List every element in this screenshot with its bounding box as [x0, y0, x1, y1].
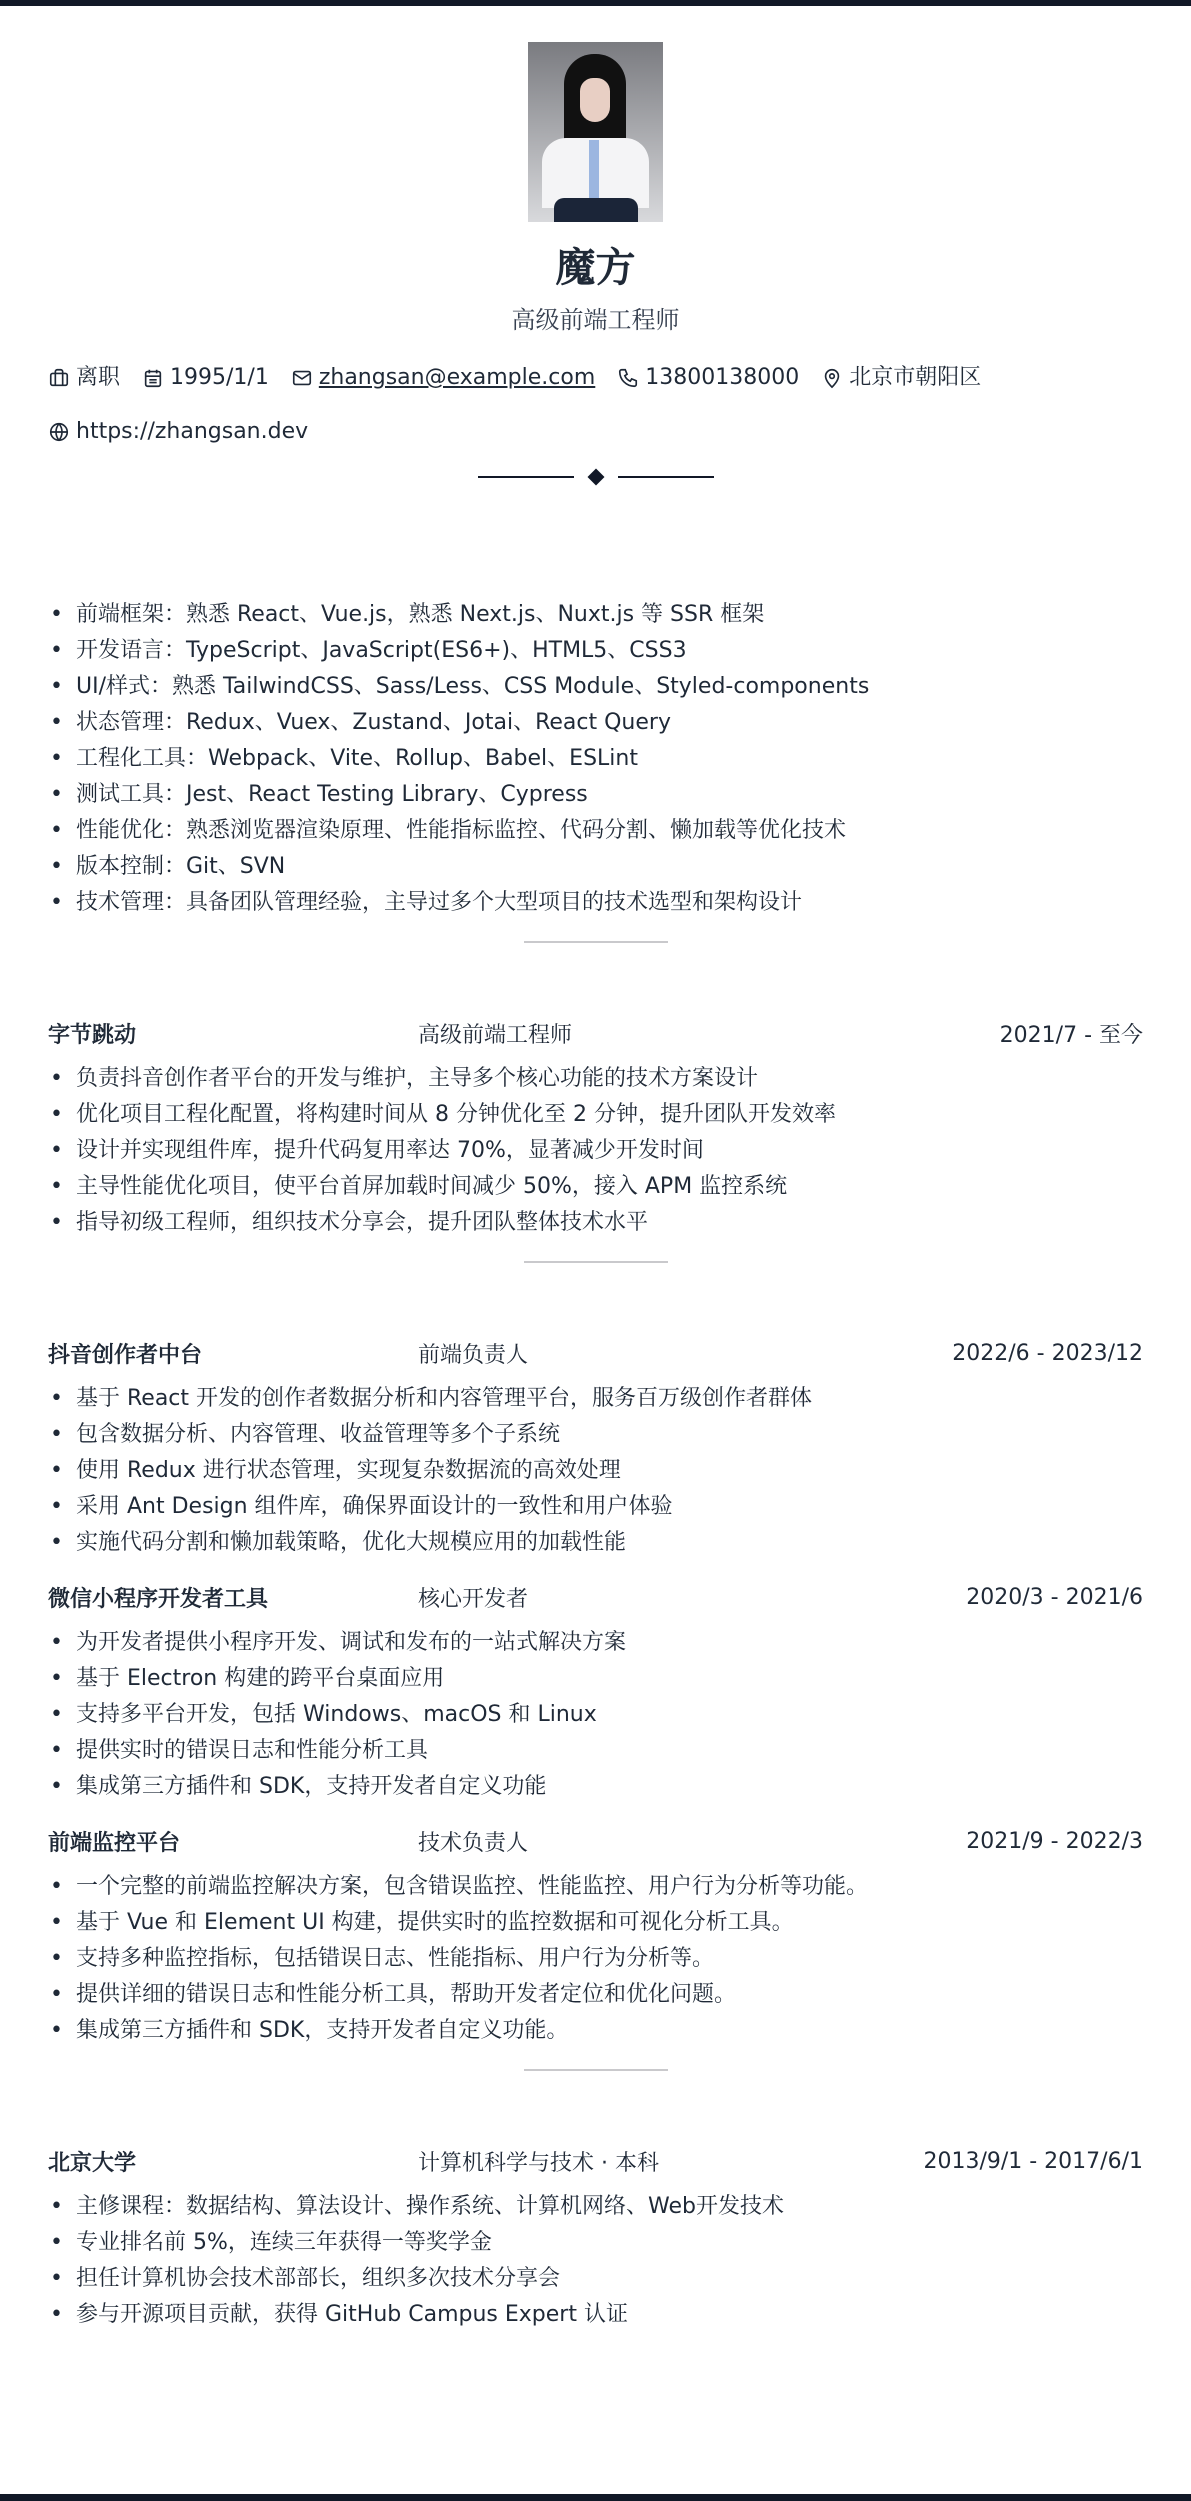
globe-icon: [48, 421, 70, 443]
list-item: 设计并实现组件库，提升代码复用率达 70%，显著减少开发时间: [48, 1133, 1143, 1169]
list-item: 基于 Vue 和 Element UI 构建，提供实时的监控数据和可视化分析工具…: [48, 1905, 1143, 1941]
experience-bullets: 负责抖音创作者平台的开发与维护，主导多个核心功能的技术方案设计 优化项目工程化配…: [48, 1061, 1143, 1241]
education-section-title: [48, 2071, 1143, 2143]
education-entry: 北京大学 计算机科学与技术 · 本科 2013/9/1 - 2017/6/1 主…: [48, 2143, 1143, 2333]
mail-icon: [291, 367, 313, 389]
projects-section-title: [48, 1263, 1143, 1335]
list-item: 测试工具：Jest、React Testing Library、Cypress: [48, 777, 1143, 813]
project-date: 2020/3 - 2021/6: [966, 1585, 1143, 1610]
list-item: 工程化工具：Webpack、Vite、Rollup、Babel、ESLint: [48, 741, 1143, 777]
entry-header: 北京大学 计算机科学与技术 · 本科 2013/9/1 - 2017/6/1: [48, 2143, 1143, 2179]
candidate-name: 魔方: [48, 244, 1143, 292]
entry-header: 微信小程序开发者工具 核心开发者 2020/3 - 2021/6: [48, 1579, 1143, 1615]
map-pin-icon: [821, 367, 843, 389]
skills-section: 前端框架：熟悉 React、Vue.js，熟悉 Next.js、Nuxt.js …: [48, 517, 1143, 943]
school-name: 北京大学: [48, 2146, 418, 2177]
list-item: 基于 React 开发的创作者数据分析和内容管理平台，服务百万级创作者群体: [48, 1381, 1143, 1417]
education-section: 北京大学 计算机科学与技术 · 本科 2013/9/1 - 2017/6/1 主…: [48, 2071, 1143, 2333]
list-item: 版本控制：Git、SVN: [48, 849, 1143, 885]
list-item: 开发语言：TypeScript、JavaScript(ES6+)、HTML5、C…: [48, 633, 1143, 669]
diamond-icon: [587, 469, 604, 486]
list-item: 为开发者提供小程序开发、调试和发布的一站式解决方案: [48, 1625, 1143, 1661]
job-date: 2021/7 - 至今: [1000, 1018, 1143, 1049]
contact-phone: 13800138000: [617, 361, 799, 395]
project-bullets: 基于 React 开发的创作者数据分析和内容管理平台，服务百万级创作者群体 包含…: [48, 1381, 1143, 1561]
email-link[interactable]: zhangsan@example.com: [319, 361, 595, 395]
experience-section: 字节跳动 高级前端工程师 2021/7 - 至今 负责抖音创作者平台的开发与维护…: [48, 943, 1143, 1263]
project-bullets: 为开发者提供小程序开发、调试和发布的一站式解决方案 基于 Electron 构建…: [48, 1625, 1143, 1805]
list-item: 支持多平台开发，包括 Windows、macOS 和 Linux: [48, 1697, 1143, 1733]
list-item: 状态管理：Redux、Vuex、Zustand、Jotai、React Quer…: [48, 705, 1143, 741]
project-entry: 前端监控平台 技术负责人 2021/9 - 2022/3 一个完整的前端监控解决…: [48, 1823, 1143, 2049]
project-name: 抖音创作者中台: [48, 1338, 418, 1369]
list-item: 性能优化：熟悉浏览器渲染原理、性能指标监控、代码分割、懒加载等优化技术: [48, 813, 1143, 849]
list-item: 基于 Electron 构建的跨平台桌面应用: [48, 1661, 1143, 1697]
contact-birthday: 1995/1/1: [142, 361, 269, 395]
list-item: 集成第三方插件和 SDK，支持开发者自定义功能: [48, 1769, 1143, 1805]
project-role: 技术负责人: [418, 1826, 966, 1857]
briefcase-icon: [48, 367, 70, 389]
list-item: 专业排名前 5%，连续三年获得一等奖学金: [48, 2225, 1143, 2261]
contact-birthday-text: 1995/1/1: [170, 361, 269, 395]
skills-list: 前端框架：熟悉 React、Vue.js，熟悉 Next.js、Nuxt.js …: [48, 597, 1143, 921]
entry-header: 抖音创作者中台 前端负责人 2022/6 - 2023/12: [48, 1335, 1143, 1371]
list-item: 一个完整的前端监控解决方案，包含错误监控、性能监控、用户行为分析等功能。: [48, 1869, 1143, 1905]
list-item: 担任计算机协会技术部部长，组织多次技术分享会: [48, 2261, 1143, 2297]
company-name: 字节跳动: [48, 1018, 418, 1049]
skills-section-title: [48, 517, 1143, 597]
contact-website[interactable]: https://zhangsan.dev: [48, 415, 308, 449]
contact-phone-text: 13800138000: [645, 361, 799, 395]
website-link[interactable]: https://zhangsan.dev: [76, 415, 308, 449]
list-item: 集成第三方插件和 SDK，支持开发者自定义功能。: [48, 2013, 1143, 2049]
experience-entry: 字节跳动 高级前端工程师 2021/7 - 至今 负责抖音创作者平台的开发与维护…: [48, 1015, 1143, 1241]
project-name: 前端监控平台: [48, 1826, 418, 1857]
list-item: 优化项目工程化配置，将构建时间从 8 分钟优化至 2 分钟，提升团队开发效率: [48, 1097, 1143, 1133]
list-item: 参与开源项目贡献，获得 GitHub Campus Expert 认证: [48, 2297, 1143, 2333]
projects-section: 抖音创作者中台 前端负责人 2022/6 - 2023/12 基于 React …: [48, 1263, 1143, 2071]
phone-icon: [617, 367, 639, 389]
resume-header: 魔方 高级前端工程师 离职 1995/1/1 zhangsan@example.…: [48, 6, 1143, 483]
list-item: 实施代码分割和懒加载策略，优化大规模应用的加载性能: [48, 1525, 1143, 1561]
contact-location-text: 北京市朝阳区: [849, 361, 981, 395]
list-item: 提供详细的错误日志和性能分析工具，帮助开发者定位和优化问题。: [48, 1977, 1143, 2013]
job-role: 高级前端工程师: [418, 1018, 1000, 1049]
profile-photo: [528, 42, 663, 222]
list-item: 使用 Redux 进行状态管理，实现复杂数据流的高效处理: [48, 1453, 1143, 1489]
entry-header: 前端监控平台 技术负责人 2021/9 - 2022/3: [48, 1823, 1143, 1859]
experience-section-title: [48, 943, 1143, 1015]
calendar-icon: [142, 367, 164, 389]
list-item: 主修课程：数据结构、算法设计、操作系统、计算机网络、Web开发技术: [48, 2189, 1143, 2225]
contact-status: 离职: [48, 361, 120, 395]
contact-status-text: 离职: [76, 361, 120, 395]
project-date: 2021/9 - 2022/3: [966, 1829, 1143, 1854]
major-degree: 计算机科学与技术 · 本科: [418, 2146, 923, 2177]
header-ornament-divider: [48, 471, 1143, 483]
contact-email[interactable]: zhangsan@example.com: [291, 361, 595, 395]
contact-list: 离职 1995/1/1 zhangsan@example.com 1380013…: [48, 361, 1143, 449]
entry-header: 字节跳动 高级前端工程师 2021/7 - 至今: [48, 1015, 1143, 1051]
list-item: 主导性能优化项目，使平台首屏加载时间减少 50%，接入 APM 监控系统: [48, 1169, 1143, 1205]
project-date: 2022/6 - 2023/12: [952, 1341, 1143, 1366]
project-name: 微信小程序开发者工具: [48, 1582, 418, 1613]
list-item: 采用 Ant Design 组件库，确保界面设计的一致性和用户体验: [48, 1489, 1143, 1525]
list-item: 前端框架：熟悉 React、Vue.js，熟悉 Next.js、Nuxt.js …: [48, 597, 1143, 633]
list-item: UI/样式：熟悉 TailwindCSS、Sass/Less、CSS Modul…: [48, 669, 1143, 705]
list-item: 包含数据分析、内容管理、收益管理等多个子系统: [48, 1417, 1143, 1453]
list-item: 指导初级工程师，组织技术分享会，提升团队整体技术水平: [48, 1205, 1143, 1241]
project-entry: 微信小程序开发者工具 核心开发者 2020/3 - 2021/6 为开发者提供小…: [48, 1579, 1143, 1805]
bottom-accent-bar: [0, 2494, 1191, 2501]
contact-location: 北京市朝阳区: [821, 361, 981, 395]
project-entry: 抖音创作者中台 前端负责人 2022/6 - 2023/12 基于 React …: [48, 1335, 1143, 1561]
education-date: 2013/9/1 - 2017/6/1: [923, 2149, 1143, 2174]
project-role: 前端负责人: [418, 1338, 952, 1369]
list-item: 支持多种监控指标，包括错误日志、性能指标、用户行为分析等。: [48, 1941, 1143, 1977]
list-item: 负责抖音创作者平台的开发与维护，主导多个核心功能的技术方案设计: [48, 1061, 1143, 1097]
project-role: 核心开发者: [418, 1582, 966, 1613]
candidate-title: 高级前端工程师: [48, 300, 1143, 335]
project-bullets: 一个完整的前端监控解决方案，包含错误监控、性能监控、用户行为分析等功能。 基于 …: [48, 1869, 1143, 2049]
list-item: 提供实时的错误日志和性能分析工具: [48, 1733, 1143, 1769]
resume-page: 魔方 高级前端工程师 离职 1995/1/1 zhangsan@example.…: [0, 6, 1191, 2333]
list-item: 技术管理：具备团队管理经验，主导过多个大型项目的技术选型和架构设计: [48, 885, 1143, 921]
education-bullets: 主修课程：数据结构、算法设计、操作系统、计算机网络、Web开发技术 专业排名前 …: [48, 2189, 1143, 2333]
